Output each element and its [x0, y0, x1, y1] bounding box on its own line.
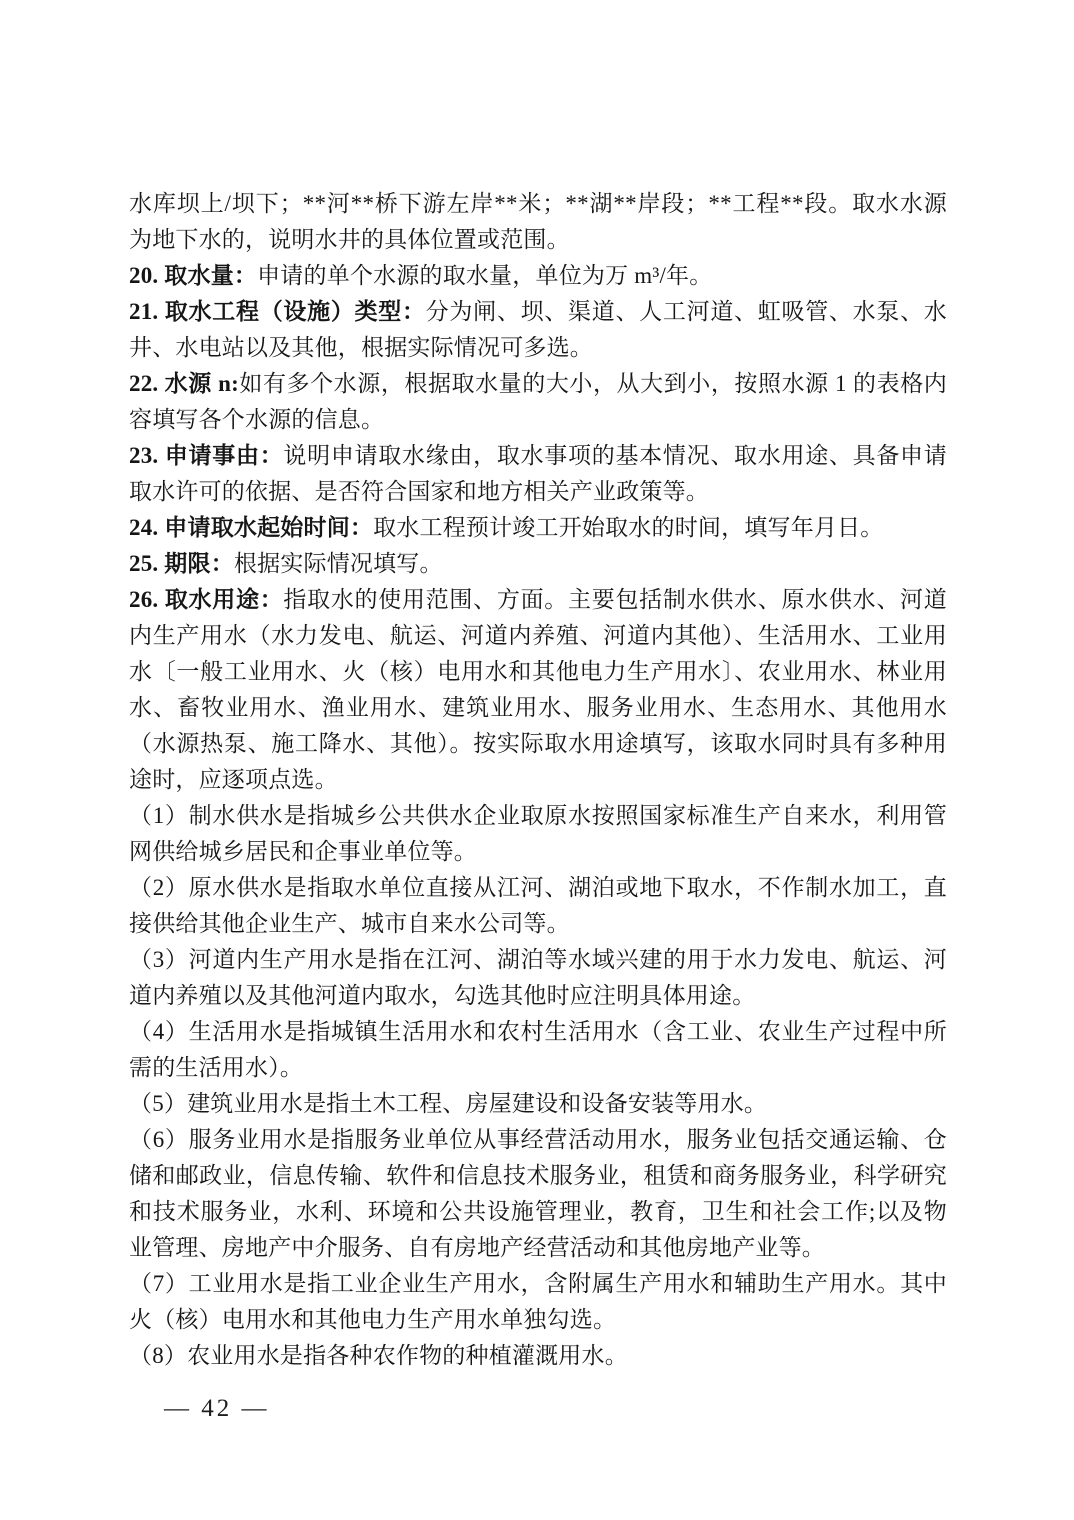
paragraph-label: 23. 申请事由： [129, 443, 283, 468]
item-26-paragraph: 26. 取水用途：指取水的使用范围、方面。主要包括制水供水、原水供水、河道内生产… [129, 582, 947, 798]
paragraph-text: 申请的单个水源的取水量，单位为万 m³/年。 [257, 263, 712, 288]
note-5-paragraph: （5）建筑业用水是指土木工程、房屋建设和设备安装等用水。 [129, 1086, 947, 1122]
item-24-paragraph: 24. 申请取水起始时间：取水工程预计竣工开始取水的时间，填写年月日。 [129, 510, 947, 546]
continuation-paragraph: 水库坝上/坝下；**河**桥下游左岸**米；**湖**岸段；**工程**段。取水… [129, 186, 947, 258]
item-21-paragraph: 21. 取水工程（设施）类型：分为闸、坝、渠道、人工河道、虹吸管、水泵、水井、水… [129, 294, 947, 366]
paragraph-label: 21. 取水工程（设施）类型： [129, 299, 426, 324]
paragraph-text: （4）生活用水是指城镇生活用水和农村生活用水（含工业、农业生产过程中所需的生活用… [129, 1019, 947, 1080]
note-7-paragraph: （7）工业用水是指工业企业生产用水，含附属生产用水和辅助生产用水。其中火（核）电… [129, 1266, 947, 1338]
paragraph-label: 25. 期限： [129, 551, 234, 576]
paragraph-label: 24. 申请取水起始时间： [129, 515, 373, 540]
paragraph-label: 22. 水源 n: [129, 371, 239, 396]
paragraph-text: （6）服务业用水是指服务业单位从事经营活动用水，服务业包括交通运输、仓储和邮政业… [129, 1127, 947, 1260]
item-23-paragraph: 23. 申请事由：说明申请取水缘由，取水事项的基本情况、取水用途、具备申请取水许… [129, 438, 947, 510]
item-22-paragraph: 22. 水源 n:如有多个水源，根据取水量的大小，从大到小，按照水源 1 的表格… [129, 366, 947, 438]
note-1-paragraph: （1）制水供水是指城乡公共供水企业取原水按照国家标准生产自来水，利用管网供给城乡… [129, 798, 947, 870]
note-6-paragraph: （6）服务业用水是指服务业单位从事经营活动用水，服务业包括交通运输、仓储和邮政业… [129, 1122, 947, 1266]
paragraph-label: 26. 取水用途： [129, 587, 283, 612]
note-3-paragraph: （3）河道内生产用水是指在江河、湖泊等水域兴建的用于水力发电、航运、河道内养殖以… [129, 942, 947, 1014]
note-2-paragraph: （2）原水供水是指取水单位直接从江河、湖泊或地下取水，不作制水加工，直接供给其他… [129, 870, 947, 942]
paragraph-text: （1）制水供水是指城乡公共供水企业取原水按照国家标准生产自来水，利用管网供给城乡… [129, 803, 947, 864]
paragraph-text: 根据实际情况填写。 [234, 551, 443, 576]
paragraph-text: （3）河道内生产用水是指在江河、湖泊等水域兴建的用于水力发电、航运、河道内养殖以… [129, 947, 947, 1008]
paragraph-text: （5）建筑业用水是指土木工程、房屋建设和设备安装等用水。 [129, 1091, 767, 1116]
paragraph-text: 取水工程预计竣工开始取水的时间，填写年月日。 [373, 515, 883, 540]
item-20-paragraph: 20. 取水量：申请的单个水源的取水量，单位为万 m³/年。 [129, 258, 947, 294]
paragraph-text: 水库坝上/坝下；**河**桥下游左岸**米；**湖**岸段；**工程**段。取水… [129, 191, 947, 252]
paragraph-label: 20. 取水量： [129, 263, 257, 288]
document-page: 水库坝上/坝下；**河**桥下游左岸**米；**湖**岸段；**工程**段。取水… [0, 0, 1074, 1520]
paragraph-text: （2）原水供水是指取水单位直接从江河、湖泊或地下取水，不作制水加工，直接供给其他… [129, 875, 947, 936]
document-body: 水库坝上/坝下；**河**桥下游左岸**米；**湖**岸段；**工程**段。取水… [129, 186, 947, 1374]
item-25-paragraph: 25. 期限：根据实际情况填写。 [129, 546, 947, 582]
paragraph-text: （7）工业用水是指工业企业生产用水，含附属生产用水和辅助生产用水。其中火（核）电… [129, 1271, 947, 1332]
page-number: — 42 — [164, 1395, 270, 1422]
paragraph-text: 指取水的使用范围、方面。主要包括制水供水、原水供水、河道内生产用水（水力发电、航… [129, 587, 947, 792]
page-footer: — 42 — [127, 1364, 270, 1454]
paragraph-text: 如有多个水源，根据取水量的大小，从大到小，按照水源 1 的表格内容填写各个水源的… [129, 371, 947, 432]
note-4-paragraph: （4）生活用水是指城镇生活用水和农村生活用水（含工业、农业生产过程中所需的生活用… [129, 1014, 947, 1086]
